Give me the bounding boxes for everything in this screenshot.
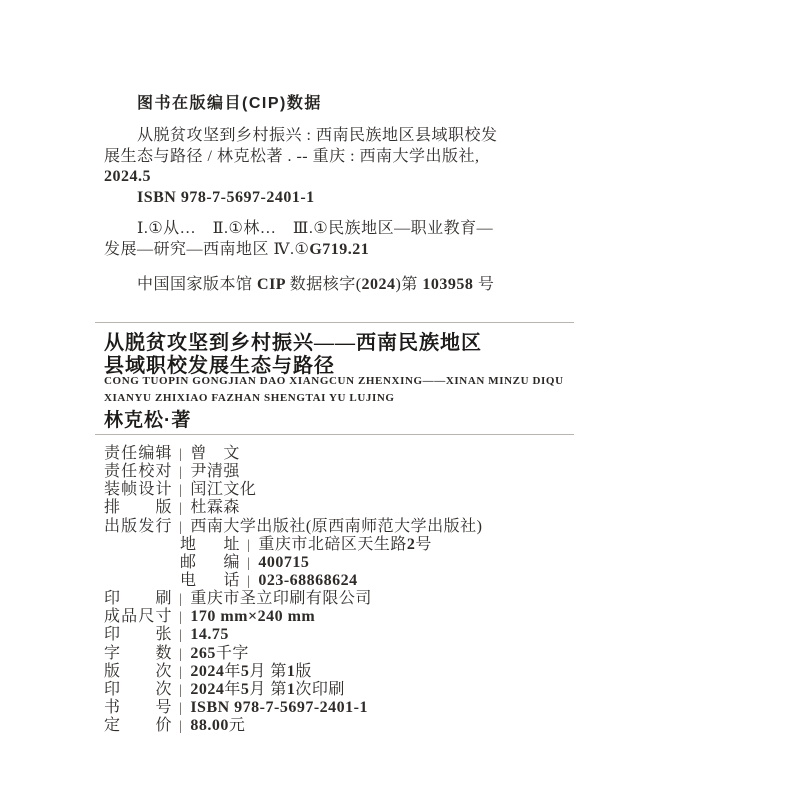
colophon-value: 曾 文	[190, 445, 240, 463]
separator-bar: |	[179, 646, 182, 664]
colophon-row: 电话 | 023-68868624	[180, 572, 482, 590]
colophon-value: 265千字	[190, 645, 249, 663]
colophon-row: 责任编辑 | 曾 文	[104, 445, 482, 463]
colophon-value: 400715	[258, 554, 309, 572]
separator-bar: |	[247, 555, 250, 573]
colophon-value: ISBN 978-7-5697-2401-1	[190, 699, 368, 717]
colophon-label: 定价	[104, 717, 172, 735]
colophon-row: 地址 | 重庆市北碚区天生路2号	[180, 536, 482, 554]
separator-bar: |	[179, 519, 182, 537]
separator-bar: |	[247, 573, 250, 591]
separator-bar: |	[179, 700, 182, 718]
cip-record-line: 展生态与路径 / 林克松著 . -- 重庆 : 西南大学出版社,	[104, 147, 497, 168]
colophon-row: 成品尺寸 | 170 mm×240 mm	[104, 608, 482, 626]
colophon-label: 版次	[104, 663, 172, 681]
book-copyright-page: 图书在版编目(CIP)数据 从脱贫攻坚到乡村振兴 : 西南民族地区县域职校发 展…	[0, 0, 800, 800]
colophon-value: 2024年5月 第1次印刷	[190, 681, 345, 699]
book-title-line1: 从脱贫攻坚到乡村振兴——西南民族地区	[104, 331, 482, 355]
colophon-row: 装帧设计 | 闰江文化	[104, 481, 482, 499]
separator-bar: |	[179, 591, 182, 609]
cip-classification-line: 发展—研究—西南地区 Ⅳ.①G719.21	[104, 240, 493, 261]
colophon-value: 重庆市圣立印刷有限公司	[190, 590, 372, 608]
colophon-value: 88.00元	[190, 717, 245, 735]
colophon-label: 印张	[104, 626, 172, 644]
separator-bar: |	[179, 446, 182, 464]
separator-bar: |	[179, 500, 182, 518]
colophon-row: 出版发行 | 西南大学出版社(原西南师范大学出版社)	[104, 518, 482, 536]
cip-registry-line: 中国国家版本馆 CIP 数据核字(2024)第 103958 号	[137, 275, 494, 295]
colophon-label: 邮编	[180, 554, 240, 572]
colophon-label: 书号	[104, 699, 172, 717]
book-title-pinyin-line1: CONG TUOPIN GONGJIAN DAO XIANGCUN ZHENXI…	[104, 373, 564, 389]
cip-isbn-line: ISBN 978-7-5697-2401-1	[104, 188, 497, 209]
book-title-pinyin-line2: XIANYU ZHIXIAO FAZHAN SHENGTAI YU LUJING	[104, 390, 395, 406]
separator-bar: |	[179, 482, 182, 500]
colophon-label: 印次	[104, 681, 172, 699]
colophon-value: 闰江文化	[190, 481, 256, 499]
colophon-value: 2024年5月 第1版	[190, 663, 312, 681]
colophon-row: 字数 | 265千字	[104, 645, 482, 663]
separator-bar: |	[179, 609, 182, 627]
colophon-value: 西南大学出版社(原西南师范大学出版社)	[190, 518, 482, 536]
colophon-value: 尹清强	[190, 463, 240, 481]
colophon-value: 14.75	[190, 626, 229, 644]
colophon-row: 邮编 | 400715	[180, 554, 482, 572]
separator-bar: |	[179, 682, 182, 700]
separator-bar: |	[247, 537, 250, 555]
colophon-label: 地址	[180, 536, 240, 554]
colophon-value: 170 mm×240 mm	[190, 608, 315, 626]
colophon-value: 023-68868624	[258, 572, 357, 590]
divider-rule-bottom	[95, 434, 574, 435]
divider-rule-top	[95, 322, 574, 323]
cip-record-line: 从脱贫攻坚到乡村振兴 : 西南民族地区县域职校发	[104, 126, 497, 147]
colophon-label: 责任编辑	[104, 445, 172, 463]
separator-bar: |	[179, 464, 182, 482]
cip-classification-line: Ⅰ.①从… Ⅱ.①林… Ⅲ.①民族地区—职业教育—	[104, 219, 493, 240]
colophon-value: 重庆市北碚区天生路2号	[258, 536, 432, 554]
colophon-label: 成品尺寸	[104, 608, 172, 626]
colophon-label: 出版发行	[104, 518, 172, 536]
cip-heading: 图书在版编目(CIP)数据	[137, 94, 322, 114]
cip-classification: Ⅰ.①从… Ⅱ.①林… Ⅲ.①民族地区—职业教育— 发展—研究—西南地区 Ⅳ.①…	[104, 219, 493, 260]
colophon-row: 责任校对 | 尹清强	[104, 463, 482, 481]
colophon-label: 字数	[104, 645, 172, 663]
colophon-row: 印刷 | 重庆市圣立印刷有限公司	[104, 590, 482, 608]
colophon-label: 电话	[180, 572, 240, 590]
author-name: 林克松·著	[104, 409, 191, 433]
colophon-row: 排版 | 杜霖森	[104, 499, 482, 517]
colophon-label: 排版	[104, 499, 172, 517]
colophon-value: 杜霖森	[190, 499, 240, 517]
colophon-label: 责任校对	[104, 463, 172, 481]
separator-bar: |	[179, 718, 182, 736]
colophon-row: 印张 | 14.75	[104, 626, 482, 644]
colophon-row: 书号 | ISBN 978-7-5697-2401-1	[104, 699, 482, 717]
colophon-row: 定价 | 88.00元	[104, 717, 482, 735]
colophon-list: 责任编辑 | 曾 文 责任校对 | 尹清强 装帧设计 | 闰江文化 排版 | 杜…	[104, 445, 482, 735]
colophon-row: 印次 | 2024年5月 第1次印刷	[104, 681, 482, 699]
cip-record-line: 2024.5	[104, 167, 497, 188]
cip-record-paragraph: 从脱贫攻坚到乡村振兴 : 西南民族地区县域职校发 展生态与路径 / 林克松著 .…	[104, 126, 497, 208]
colophon-label: 印刷	[104, 590, 172, 608]
separator-bar: |	[179, 664, 182, 682]
colophon-label: 装帧设计	[104, 481, 172, 499]
separator-bar: |	[179, 627, 182, 645]
colophon-row: 版次 | 2024年5月 第1版	[104, 663, 482, 681]
